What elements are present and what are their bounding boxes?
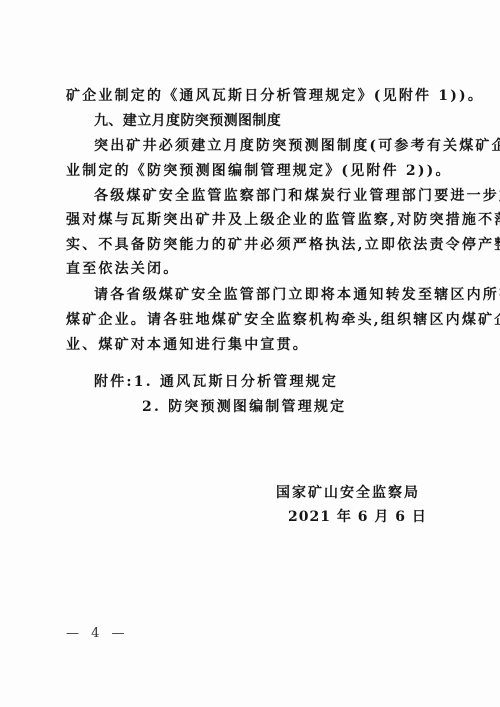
- issue-date: 2021 年 6 月 6 日: [288, 508, 427, 526]
- attachments-label: 附件:: [94, 374, 134, 390]
- paragraph-line: 各级煤矿安全监管监察部门和煤炭行业管理部门要进一步加: [94, 187, 434, 205]
- section-heading: 九、建立月度防突预测图制度: [94, 112, 434, 130]
- attachment-item: 1. 通风瓦斯日分析管理规定: [134, 374, 338, 390]
- signature-block: 国家矿山安全监察局: [0, 484, 500, 502]
- paragraph-line: 实、不具备防突能力的矿井必须严格执法,立即依法责令停产整顿: [66, 236, 434, 254]
- issuing-organization: 国家矿山安全监察局: [276, 484, 420, 502]
- paragraph-line: 矿企业制定的《通风瓦斯日分析管理规定》(见附件 1))。: [66, 87, 434, 105]
- paragraph-line: 直至依法关闭。: [66, 260, 434, 278]
- attachments-line-1: 附件:1. 通风瓦斯日分析管理规定: [94, 373, 338, 391]
- signature-date-row: 2021 年 6 月 6 日: [0, 508, 500, 526]
- paragraph-line: 业、煤矿对本通知进行集中宣贯。: [66, 336, 434, 354]
- document-page: 矿企业制定的《通风瓦斯日分析管理规定》(见附件 1))。 九、建立月度防突预测图…: [0, 0, 500, 707]
- page-number: — 4 —: [66, 626, 129, 641]
- paragraph-line: 煤矿企业。请各驻地煤矿安全监察机构牵头,组织辖区内煤矿企: [66, 311, 434, 329]
- paragraph-line: 请各省级煤矿安全监管部门立即将本通知转发至辖区内所有: [94, 286, 434, 304]
- paragraph-line: 强对煤与瓦斯突出矿井及上级企业的监管监察,对防突措施不落: [66, 211, 434, 229]
- paragraph-line: 业制定的《防突预测图编制管理规定》(见附件 2))。: [66, 162, 434, 180]
- paragraph-line: 突出矿井必须建立月度防突预测图制度(可参考有关煤矿企: [94, 137, 434, 155]
- attachment-item: 2. 防突预测图编制管理规定: [142, 398, 346, 416]
